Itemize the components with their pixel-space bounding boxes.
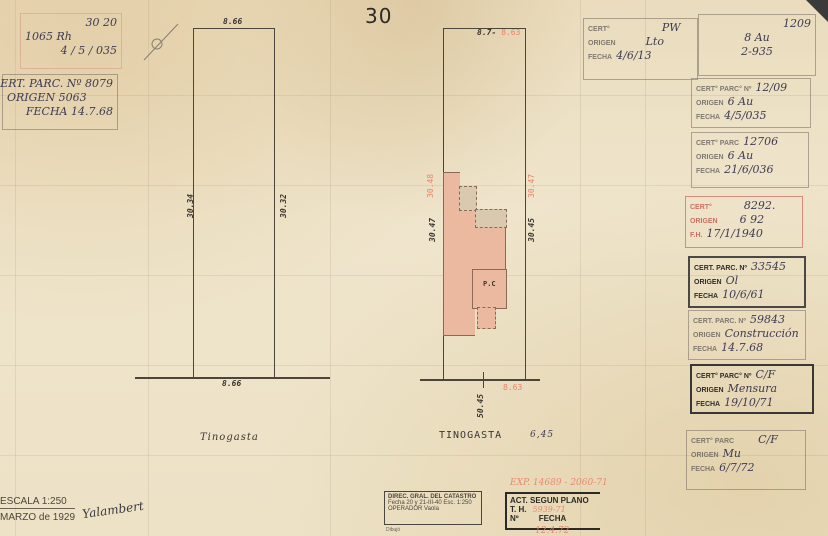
stamp-right-0: CERT°PW ORIGENLto FECHA4/6/13: [583, 18, 698, 80]
stamp-value: 21/6/036: [724, 163, 773, 176]
lot-left-right-side: 30.32: [279, 194, 288, 218]
stamp-value: 4/6/13: [616, 49, 651, 62]
lot-right-front-top: 8.7-: [477, 28, 496, 37]
stamp-label: FECHA: [694, 293, 718, 300]
stamp-value: ORIGEN 5063: [7, 91, 87, 104]
stamp-right-7: CERT° PARC° NºC/F ORIGENMensura FECHA19/…: [690, 364, 814, 414]
act-row-3: Nº FECHA: [510, 514, 597, 523]
grid-line: [148, 0, 149, 536]
lot-right-right-side: 30.45: [527, 218, 536, 242]
act-line3-label: Nº: [510, 514, 519, 523]
lot-right-front-top-group: 8.7- 8.63: [477, 28, 520, 37]
lot-right-left-side: 30.47: [428, 218, 437, 242]
stamp-label: ORIGEN: [694, 279, 722, 286]
stamp-value: 6 Au: [728, 95, 754, 108]
catastro-operador: OPERADOR Vaola: [388, 506, 478, 512]
lot-right-left-side-red: 30.48: [426, 174, 435, 198]
lot-right-front-bottom-red: 8.63: [503, 383, 522, 392]
stamp-label: ORIGEN: [693, 332, 721, 339]
stamp-label: CERT°: [588, 26, 610, 33]
stamp-label: CERT. PARC. Nº: [694, 265, 747, 272]
stamp-value: 10/6/61: [722, 288, 764, 301]
stamp-value: 4 / 5 / 035: [61, 44, 117, 57]
stamp-right-5: CERT. PARC. Nº33545 ORIGENOl FECHA10/6/6…: [688, 256, 806, 308]
corner-distance: 50.45: [476, 394, 485, 418]
stamp-label: FECHA: [693, 346, 717, 353]
stamp-label: CERT° PARC: [696, 140, 739, 147]
stamp-label: CERT° PARC: [691, 438, 734, 445]
stamp-label: ORIGEN: [690, 218, 718, 225]
stamp-value: FECHA 14.7.68: [26, 105, 113, 118]
lot-left-front-bottom: 8.66: [222, 379, 241, 388]
act-row-2: T. H. 5939-71: [510, 505, 597, 514]
stamp-value: 30 20: [86, 16, 118, 29]
stamp-value: 33545: [751, 260, 786, 273]
stamp-label: FECHA: [696, 114, 720, 121]
building-pc-label: P.C: [483, 280, 496, 288]
stamp-label: ORIGEN: [696, 154, 724, 161]
stamp-label: CERT°: [690, 204, 712, 211]
stamp-label: FECHA: [588, 54, 612, 61]
stamp-label: ORIGEN: [696, 387, 724, 394]
stamp-value: 4/5/035: [724, 109, 766, 122]
building-pc-room: [472, 269, 507, 309]
stamp-value: Mu: [723, 447, 741, 460]
stamp-value: PW: [662, 21, 681, 34]
stamp-label: FECHA: [696, 168, 720, 175]
building-main: [443, 172, 460, 336]
stamp-right-8: CERT° PARCC/F ORIGENMu FECHA6/7/72: [686, 430, 806, 490]
stamp-value: 12706: [743, 135, 778, 148]
stamp-top-left-1: 30 20 1065 Rh 4 / 5 / 035: [20, 13, 122, 69]
lot-left-left-side: 30.34: [186, 194, 195, 218]
lot-right-street-line: [420, 379, 540, 381]
stamp-label: FECHA: [696, 401, 720, 408]
stamp-label: ORIGEN: [588, 40, 616, 47]
stamp-right-2: CERT° PARC° Nº12/09 ORIGEN6 Au FECHA4/5/…: [691, 78, 811, 128]
catastro-footer: Dibujó: [386, 527, 400, 533]
stamp-value: Mensura: [728, 382, 777, 395]
grid-line: [330, 0, 331, 536]
stamp-value: Ol: [726, 274, 739, 287]
stamp-value: 59843: [750, 313, 785, 326]
act-segun-plano-stamp: ACT. SEGUN PLANO T. H. 5939-71 Nº FECHA: [505, 492, 600, 530]
stamp-right-6: CERT. PARC. Nº59843 ORIGENConstrucción F…: [688, 310, 806, 360]
grid-line: [580, 0, 581, 536]
building-annex: [477, 307, 496, 329]
stamp-value: 8292.: [744, 199, 776, 212]
date-label: MARZO de 1929: [0, 512, 75, 523]
north-arrow-icon: [140, 22, 180, 62]
stamp-right-4: CERT°8292. ORIGEN6 92 F.H.17/1/1940: [685, 196, 803, 248]
act-line2-label: T. H.: [510, 505, 526, 514]
stamp-value: 17/1/1940: [706, 227, 762, 240]
act-red-top: EXP. 14689 - 2060-71: [510, 478, 608, 488]
stamp-value: 1209: [783, 17, 811, 30]
stamp-label: CERT. PARC. Nº: [693, 318, 746, 325]
act-line3-value: FECHA: [539, 514, 567, 523]
stamp-value: Construcción: [725, 327, 799, 340]
act-line2-value: 5939-71: [532, 505, 565, 514]
stamp-value: 12/09: [755, 81, 787, 94]
stamp-value: 19/10/71: [724, 396, 773, 409]
stamp-label: CERT° PARC° Nº: [696, 373, 751, 380]
act-title: ACT. SEGUN PLANO: [510, 496, 597, 505]
scale-label: ESCALA 1:250: [0, 496, 75, 509]
stamp-value: C/F: [758, 433, 778, 446]
grid-line: [645, 0, 646, 536]
stamp-value: 1065 Rh: [25, 30, 72, 43]
lot-right-front-top-red: 8.63: [501, 28, 520, 37]
stamp-right-3: CERT° PARC12706 ORIGEN6 Au FECHA21/6/036: [691, 132, 809, 188]
stamp-top-left-2: CERT. PARC. Nº 8079 ORIGEN 5063 FECHA 14…: [2, 74, 118, 130]
lot-right-right-side-red: 30.47: [527, 174, 536, 198]
lot-left-street-name: Tinogasta: [200, 432, 259, 443]
building-annex: [475, 209, 507, 228]
stamp-value: 6 92: [740, 213, 765, 226]
stamp-value: C/F: [755, 368, 775, 381]
stamp-value: 6/7/72: [719, 461, 754, 474]
scale-date-block: ESCALA 1:250 MARZO de 1929: [0, 496, 75, 523]
stamp-label: ORIGEN: [691, 452, 719, 459]
corner-tick: [483, 372, 484, 388]
stamp-value: 8 Au: [744, 31, 770, 44]
stamp-value: Lto: [646, 35, 664, 48]
building-annex: [459, 186, 477, 211]
stamp-right-1: 1209 8 Au 2-935: [698, 14, 816, 76]
lot-left-front-top: 8.66: [223, 17, 242, 26]
stamp-value: 14.7.68: [721, 341, 763, 354]
stamp-label: CERT° PARC° Nº: [696, 86, 751, 93]
act-red-bottom: 12.4.72: [535, 526, 569, 536]
stamp-value: 2-935: [741, 45, 773, 58]
stamp-value: 6 Au: [728, 149, 754, 162]
lot-right-street-name: TINOGASTA: [439, 430, 502, 441]
catastro-stamp: DIREC. GRAL. DEL CATASTRO Fecha 20 y 21-…: [384, 491, 482, 525]
stamp-label: FECHA: [691, 466, 715, 473]
stamp-value: CERT. PARC. Nº 8079: [0, 77, 113, 90]
stamp-label: F.H.: [690, 232, 702, 239]
sheet-number: 30: [365, 4, 392, 28]
lot-right-street-width: 6,45: [530, 430, 554, 440]
lot-left-outline: [193, 28, 275, 379]
stamp-label: ORIGEN: [696, 100, 724, 107]
